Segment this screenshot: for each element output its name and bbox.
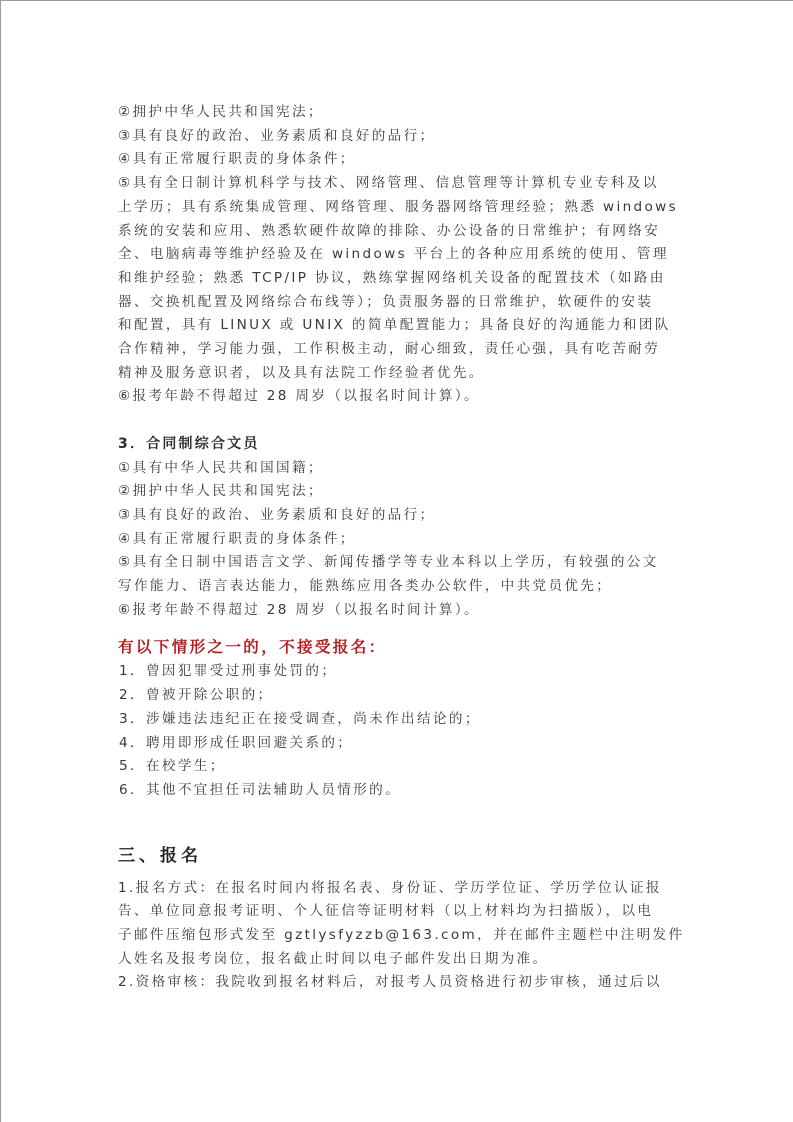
requirement-item-6: ⑥报考年龄不得超过 28 周岁（以报名时间计算）。 <box>118 385 678 409</box>
paragraph-line: 和配置，具有 LINUX 或 UNIX 的简单配置能力；具备良好的沟通能力和团队 <box>118 314 678 338</box>
paragraph-line: 告、单位同意报考证明、个人征信等证明材料（以上材料均为扫描版），以电 <box>118 900 678 924</box>
requirement-item: ②拥护中华人民共和国宪法； <box>118 101 678 125</box>
requirement-item-5: ⑤具有全日制计算机科学与技术、网络管理、信息管理等计算机专业专科及以 上学历；具… <box>118 172 678 385</box>
paragraph-line: 系统的安装和应用、熟悉软硬件故障的排除、办公设备的日常维护；有网络安 <box>118 220 678 244</box>
paragraph-line: 和维护经验；熟悉 TCP/IP 协议，熟练掌握网络机关设备的配置技术（如路由 <box>118 267 678 291</box>
position3-requirements: 3．合同制综合文员 ①具有中华人民共和国国籍； ②拥护中华人民共和国宪法； ③具… <box>118 433 678 623</box>
paragraph-line: 精神及服务意识者，以及具有法院工作经验者优先。 <box>118 362 678 386</box>
blank-line <box>118 409 678 433</box>
exclusion-item: 2．曾被开除公职的； <box>118 684 678 708</box>
requirement-item: ④具有正常履行职责的身体条件； <box>118 148 678 172</box>
exclusion-item: 4．聘用即形成任职回避关系的； <box>118 732 678 756</box>
registration-section: 三、报名 1.报名方式：在报名时间内将报名表、身份证、学历学位证、学历学位认证报… <box>118 841 678 996</box>
exclusions-block: 有以下情形之一的，不接受报名： 1．曾因犯罪受过刑事处罚的； 2．曾被开除公职的… <box>118 634 678 802</box>
paragraph-line: 合作精神，学习能力强，工作积极主动，耐心细致，责任心强，具有吃苦耐劳 <box>118 338 678 362</box>
paragraph-line: 写作能力、语言表达能力，能熟练应用各类办公软件，中共党员优先； <box>118 575 678 599</box>
requirement-item: ①具有中华人民共和国国籍； <box>118 457 678 481</box>
exclusion-item: 3．涉嫌违法违纪正在接受调查，尚未作出结论的； <box>118 708 678 732</box>
document-body: ②拥护中华人民共和国宪法； ③具有良好的政治、业务素质和良好的品行； ④具有正常… <box>118 101 678 995</box>
requirement-item-6: ⑥报考年龄不得超过 28 周岁（以报名时间计算）。 <box>118 599 678 623</box>
registration-method: 1.报名方式：在报名时间内将报名表、身份证、学历学位证、学历学位认证报 告、单位… <box>118 877 678 972</box>
paragraph-line: ⑤具有全日制计算机科学与技术、网络管理、信息管理等计算机专业专科及以 <box>118 172 678 196</box>
paragraph-line: 器、交换机配置及网络综合布线等）；负责服务器的日常维护，软硬件的安装 <box>118 291 678 315</box>
paragraph-line: 人姓名及报考岗位，报名截止时间以电子邮件发出日期为准。 <box>118 948 678 972</box>
section-heading: 三、报名 <box>118 841 678 871</box>
requirement-item: ②拥护中华人民共和国宪法； <box>118 480 678 504</box>
exclusions-title: 有以下情形之一的，不接受报名： <box>118 634 678 660</box>
requirement-item: ④具有正常履行职责的身体条件； <box>118 528 678 552</box>
requirement-item: ③具有良好的政治、业务素质和良好的品行； <box>118 504 678 528</box>
document-page: ②拥护中华人民共和国宪法； ③具有良好的政治、业务素质和良好的品行； ④具有正常… <box>0 0 793 1122</box>
qualification-review: 2.资格审核：我院收到报名材料后，对报考人员资格进行初步审核，通过后以 <box>118 971 678 995</box>
paragraph-line: 全、电脑病毒等维护经验及在 windows 平台上的各种应用系统的使用、管理 <box>118 243 678 267</box>
paragraph-line: ⑤具有全日制中国语言文学、新闻传播学等专业本科以上学历，有较强的公文 <box>118 551 678 575</box>
exclusion-item: 5．在校学生； <box>118 755 678 779</box>
paragraph-line: 上学历；具有系统集成管理、网络管理、服务器网络管理经验；熟悉 windows <box>118 196 678 220</box>
paragraph-line: 子邮件压缩包形式发至 gztlysfyzzb@163.com，并在邮件主题栏中注… <box>118 924 678 948</box>
paragraph-line: 1.报名方式：在报名时间内将报名表、身份证、学历学位证、学历学位认证报 <box>118 877 678 901</box>
position2-requirements: ②拥护中华人民共和国宪法； ③具有良好的政治、业务素质和良好的品行； ④具有正常… <box>118 101 678 409</box>
position-title: 3．合同制综合文员 <box>118 433 678 457</box>
exclusion-item: 6．其他不宜担任司法辅助人员情形的。 <box>118 779 678 803</box>
exclusion-item: 1．曾因犯罪受过刑事处罚的； <box>118 660 678 684</box>
requirement-item: ③具有良好的政治、业务素质和良好的品行； <box>118 125 678 149</box>
